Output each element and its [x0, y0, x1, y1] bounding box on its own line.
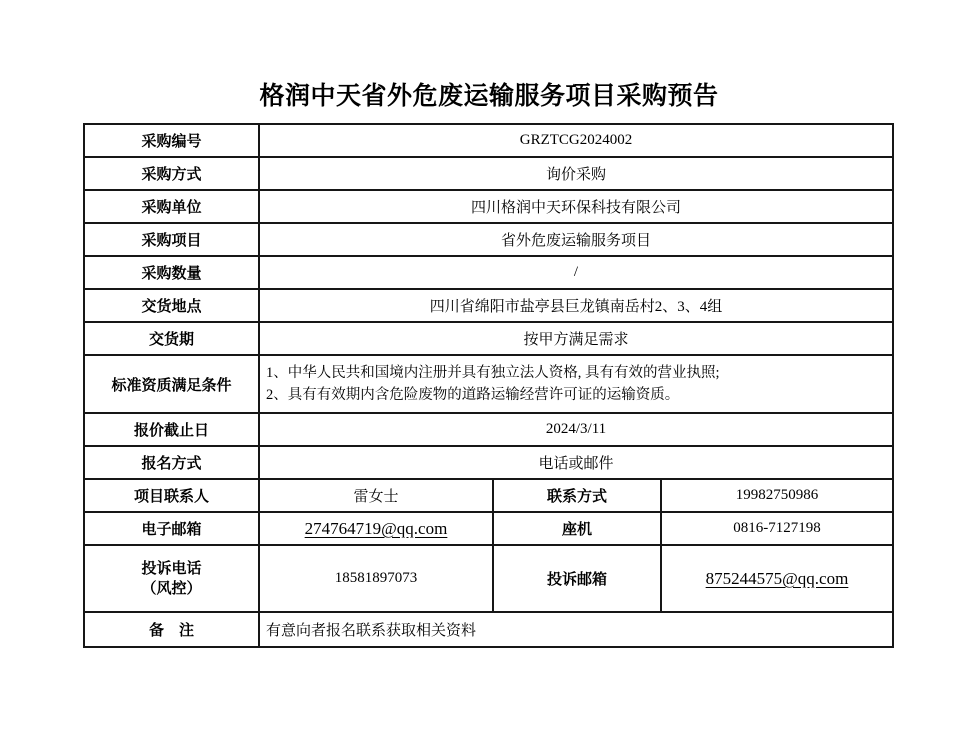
complaint-phone-number: 18581897073: [259, 545, 493, 612]
table-row-procurement-quantity: 采购数量 /: [84, 256, 893, 289]
table-row-remarks: 备 注 有意向者报名联系获取相关资料: [84, 612, 893, 647]
landline-number: 0816-7127198: [661, 512, 893, 545]
field-value: 2024/3/11: [259, 413, 893, 446]
field-value: 询价采购: [259, 157, 893, 190]
field-value: 1、中华人民共和国境内注册并具有独立法人资格, 具有有效的营业执照; 2、具有有…: [259, 355, 893, 413]
field-label: 报名方式: [84, 446, 259, 479]
document-page: 格润中天省外危废运输服务项目采购预告 采购编号 GRZTCG2024002 采购…: [0, 0, 978, 753]
field-value: 电话或邮件: [259, 446, 893, 479]
complaint-phone-label-line1: 投诉电话: [90, 559, 253, 579]
complaint-email-cell: 875244575@qq.com: [661, 545, 893, 612]
field-label: 交货期: [84, 322, 259, 355]
qualification-line-1: 1、中华人民共和国境内注册并具有独立法人资格, 具有有效的营业执照;: [266, 362, 887, 384]
table-row-procurement-project: 采购项目 省外危废运输服务项目: [84, 223, 893, 256]
email-cell: 274764719@qq.com: [259, 512, 493, 545]
table-row-delivery-location: 交货地点 四川省绵阳市盐亭县巨龙镇南岳村2、3、4组: [84, 289, 893, 322]
field-label: 联系方式: [493, 479, 661, 512]
field-value: 四川省绵阳市盐亭县巨龙镇南岳村2、3、4组: [259, 289, 893, 322]
table-row-qualification-conditions: 标准资质满足条件 1、中华人民共和国境内注册并具有独立法人资格, 具有有效的营业…: [84, 355, 893, 413]
field-label: 电子邮箱: [84, 512, 259, 545]
field-label: 采购项目: [84, 223, 259, 256]
contact-name: 雷女士: [259, 479, 493, 512]
field-label: 项目联系人: [84, 479, 259, 512]
field-label: 采购单位: [84, 190, 259, 223]
remarks-value: 有意向者报名联系获取相关资料: [259, 612, 893, 647]
table-row-email: 电子邮箱 274764719@qq.com 座机 0816-7127198: [84, 512, 893, 545]
table-row-project-contact: 项目联系人 雷女士 联系方式 19982750986: [84, 479, 893, 512]
field-value: GRZTCG2024002: [259, 124, 893, 157]
complaint-email-link[interactable]: 875244575@qq.com: [706, 569, 849, 588]
complaint-phone-label-line2: （风控）: [90, 579, 253, 599]
field-label: 投诉电话 （风控）: [84, 545, 259, 612]
table-row-delivery-period: 交货期 按甲方满足需求: [84, 322, 893, 355]
procurement-table: 采购编号 GRZTCG2024002 采购方式 询价采购 采购单位 四川格润中天…: [83, 123, 894, 648]
field-value: 省外危废运输服务项目: [259, 223, 893, 256]
field-value: /: [259, 256, 893, 289]
table-row-complaint: 投诉电话 （风控） 18581897073 投诉邮箱 875244575@qq.…: [84, 545, 893, 612]
table-row-procurement-method: 采购方式 询价采购: [84, 157, 893, 190]
field-label: 投诉邮箱: [493, 545, 661, 612]
field-label: 备 注: [84, 612, 259, 647]
contact-phone: 19982750986: [661, 479, 893, 512]
email-link[interactable]: 274764719@qq.com: [305, 519, 448, 538]
field-label: 标准资质满足条件: [84, 355, 259, 413]
field-label: 座机: [493, 512, 661, 545]
field-value: 按甲方满足需求: [259, 322, 893, 355]
page-title: 格润中天省外危废运输服务项目采购预告: [0, 76, 978, 112]
table-row-quote-deadline: 报价截止日 2024/3/11: [84, 413, 893, 446]
qualification-line-2: 2、具有有效期内含危险废物的道路运输经营许可证的运输资质。: [266, 384, 887, 406]
field-value: 四川格润中天环保科技有限公司: [259, 190, 893, 223]
table-row-procurement-number: 采购编号 GRZTCG2024002: [84, 124, 893, 157]
table-row-registration-method: 报名方式 电话或邮件: [84, 446, 893, 479]
field-label: 采购数量: [84, 256, 259, 289]
field-label: 采购方式: [84, 157, 259, 190]
table-row-procurement-unit: 采购单位 四川格润中天环保科技有限公司: [84, 190, 893, 223]
field-label: 报价截止日: [84, 413, 259, 446]
field-label: 采购编号: [84, 124, 259, 157]
field-label: 交货地点: [84, 289, 259, 322]
